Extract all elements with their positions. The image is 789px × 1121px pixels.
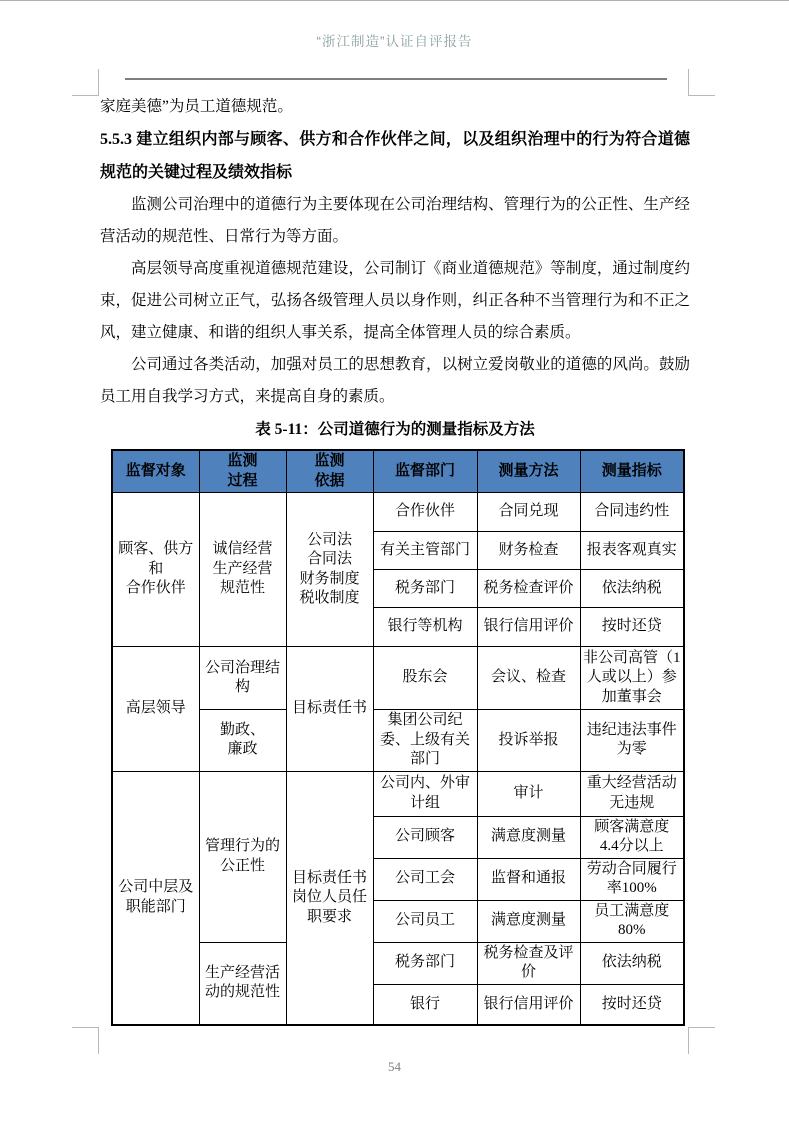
cell-indicator: 重大经营活动无违规 [580,771,684,816]
cell-basis-laws: 公司法 合同法 财务制度 税收制度 [286,493,373,647]
cell-process-integrity: 诚信经营 生产经营 规范性 [199,493,286,647]
section-heading-5-5-3: 5.5.3 建立组织内部与顾客、供方和合作伙伴之间，以及组织治理中的行为符合道德… [100,123,690,189]
cell-indicator: 非公司高管（1人或以上）参加董事会 [580,647,684,710]
table-header-row: 监督对象 监测 过程 监测 依据 监督部门 测量方法 测量指标 [112,450,684,493]
document-body: 家庭美德”为员工道德规范。 5.5.3 建立组织内部与顾客、供方和合作伙伴之间，… [100,91,690,1026]
cell-indicator: 依法纳税 [580,942,684,984]
cell-method: 银行信用评价 [477,608,580,647]
cell-dept: 公司员工 [373,900,477,942]
table-row: 顾客、供方 和 合作伙伴 诚信经营 生产经营 规范性 公司法 合同法 财务制度 … [112,493,684,532]
cell-process: 勤政、 廉政 [199,710,286,772]
cell-dept: 集团公司纪委、上级有关部门 [373,710,477,772]
cell-method: 满意度测量 [477,900,580,942]
running-header-title: “浙江制造”认证自评报告 [0,30,789,50]
cell-object-partners: 顾客、供方 和 合作伙伴 [112,493,199,647]
continuation-paragraph: 家庭美德”为员工道德规范。 [100,91,690,123]
cell-process-fairness: 管理行为的公正性 [199,771,286,942]
paragraph-3: 公司通过各类活动，加强对员工的思想教育，以树立爱岗敬业的道德的风尚。鼓励员工用自… [100,349,690,413]
cell-method: 税务检查评价 [477,570,580,608]
crop-mark-top-left [72,69,99,96]
cell-object-top-leaders: 高层领导 [112,647,199,772]
cell-dept: 合作伙伴 [373,493,477,532]
cell-basis-responsibility: 目标责任书 [286,647,373,772]
cell-dept: 公司工会 [373,858,477,900]
cell-method: 会议、检查 [477,647,580,710]
cell-indicator: 劳动合同履行率100% [580,858,684,900]
cell-indicator: 报表客观真实 [580,532,684,570]
cell-dept: 有关主管部门 [373,532,477,570]
cell-process-operation-norm: 生产经营活动的规范性 [199,942,286,1025]
cell-indicator: 合同违约性 [580,493,684,532]
col-header-monitor-basis: 监测 依据 [286,450,373,493]
cell-method: 财务检查 [477,532,580,570]
cell-indicator: 员工满意度 80% [580,900,684,942]
cell-method: 满意度测量 [477,816,580,858]
cell-object-middle-management: 公司中层及职能部门 [112,771,199,1025]
cell-dept: 公司顾客 [373,816,477,858]
table-row: 公司中层及职能部门 管理行为的公正性 目标责任书 岗位人员任职要求 公司内、外审… [112,771,684,816]
cell-dept: 银行 [373,984,477,1025]
cell-method: 税务检查及评价 [477,942,580,984]
cell-method: 审计 [477,771,580,816]
crop-mark-bottom-right [688,1027,715,1054]
col-header-supervision-dept: 监督部门 [373,450,477,493]
cell-method: 合同兑现 [477,493,580,532]
cell-indicator: 顾客满意度 4.4分以上 [580,816,684,858]
header-rule [125,78,667,80]
crop-mark-top-right [688,69,715,96]
cell-dept: 银行等机构 [373,608,477,647]
col-header-monitor-process: 监测 过程 [199,450,286,493]
cell-dept: 税务部门 [373,942,477,984]
table-row: 高层领导 公司治理结构 目标责任书 股东会 会议、检查 非公司高管（1人或以上）… [112,647,684,710]
cell-indicator: 依法纳税 [580,570,684,608]
table-caption: 表 5-11：公司道德行为的测量指标及方法 [100,417,690,443]
cell-basis-position: 目标责任书 岗位人员任职要求 [286,771,373,1025]
paragraph-1: 监测公司治理中的道德行为主要体现在公司治理结构、管理行为的公正性、生产经营活动的… [100,189,690,253]
cell-process: 公司治理结构 [199,647,286,710]
cell-indicator: 按时还贷 [580,984,684,1025]
cell-indicator: 按时还贷 [580,608,684,647]
paragraph-2: 高层领导高度重视道德规范建设，公司制订《商业道德规范》等制度，通过制度约束，促进… [100,253,690,349]
cell-dept: 公司内、外审计组 [373,771,477,816]
page-number: 54 [0,1059,789,1075]
cell-method: 监督和通报 [477,858,580,900]
cell-dept: 股东会 [373,647,477,710]
ethics-measurement-table: 监督对象 监测 过程 监测 依据 监督部门 测量方法 测量指标 顾客、供方 和 … [111,449,685,1026]
cell-method: 投诉举报 [477,710,580,772]
col-header-measure-method: 测量方法 [477,450,580,493]
crop-mark-bottom-left [72,1027,99,1054]
document-page: “浙江制造”认证自评报告 家庭美德”为员工道德规范。 5.5.3 建立组织内部与… [0,0,789,1121]
col-header-supervision-object: 监督对象 [112,450,199,493]
cell-method: 银行信用评价 [477,984,580,1025]
cell-dept: 税务部门 [373,570,477,608]
col-header-measure-indicator: 测量指标 [580,450,684,493]
cell-indicator: 违纪违法事件为零 [580,710,684,772]
